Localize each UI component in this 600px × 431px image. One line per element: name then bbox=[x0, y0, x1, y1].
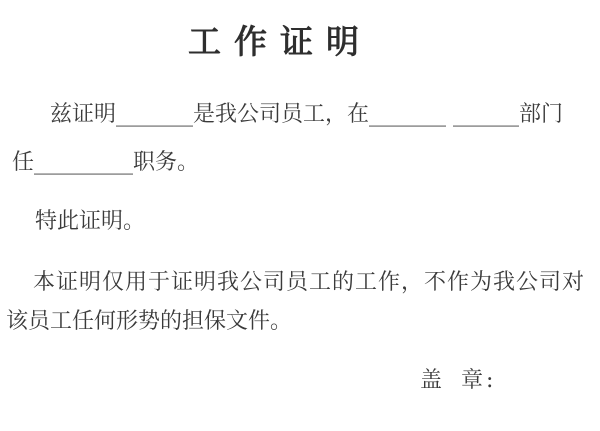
statement-line-2: 任_________职务。 bbox=[12, 150, 199, 175]
seal-label: 盖 章: bbox=[420, 368, 496, 393]
document-title: 工作证明 bbox=[188, 24, 372, 60]
closing-line: 特此证明。 bbox=[35, 209, 145, 234]
statement-line-1: 兹证明_______是我公司员工，在_______ ______部门 bbox=[50, 102, 563, 127]
work-certificate-document: 工作证明 兹证明_______是我公司员工，在_______ ______部门 … bbox=[0, 0, 600, 431]
disclaimer-line-1: 本证明仅用于证明我公司员工的工作，不作为我公司对 bbox=[33, 270, 585, 295]
disclaimer-line-2: 该员工任何形势的担保文件。 bbox=[6, 309, 292, 334]
